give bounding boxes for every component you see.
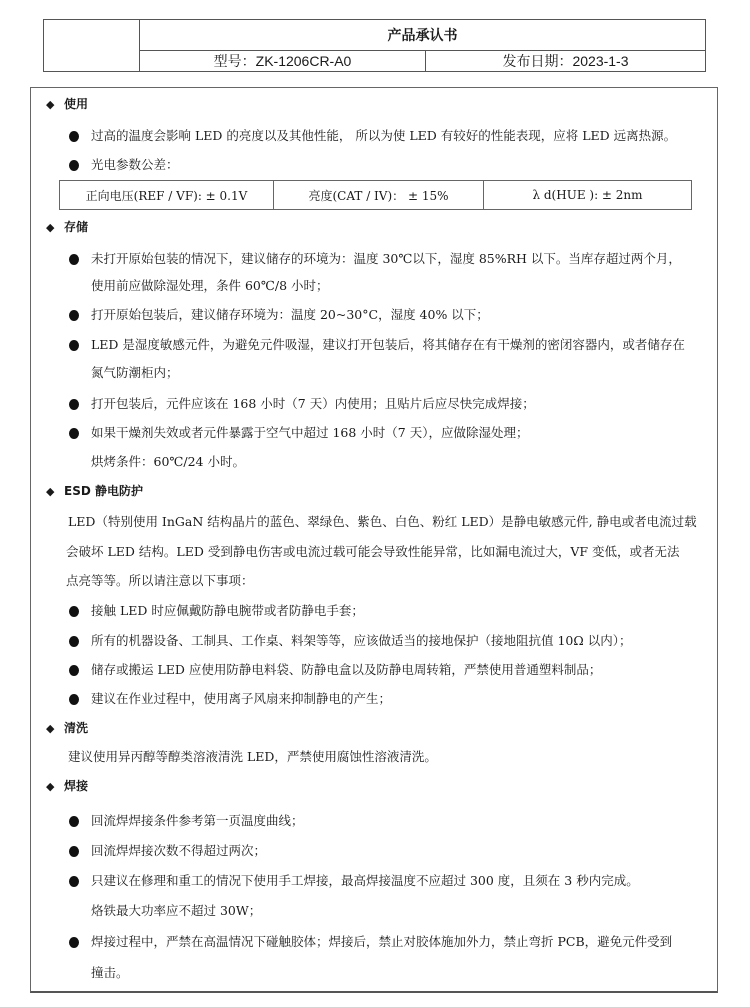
esd-item-1: 接触 LED 时应佩戴防静电腕带或者防静电手套； [91,602,364,620]
diamond-icon: ◆ [46,720,58,738]
storage-item-4: 打开包装后，元件应该在 168 小时（7 天）内使用；且贴片后应尽快完成焊接； [91,395,535,413]
bullet-icon [69,399,79,410]
tolerance-hue: λ d(HUE ): ± 2nm [484,181,691,209]
soldering-item-3-line2: 烙铁最大功率应不超过 30W； [91,902,261,920]
section-title: 使用 [64,97,88,111]
soldering-item-4-line2: 撞击。 [91,964,129,982]
header-meta-row: 型号：ZK-1206CR-A0 发布日期：2023-1-3 [140,51,705,71]
model-number: 型号：ZK-1206CR-A0 [140,51,426,71]
storage-item-3-line2: 氮气防潮柜内； [91,364,179,382]
usage-item-2: 光电参数公差： [91,156,179,174]
section-esd-heading: ◆ESD 静电防护 [46,482,143,501]
section-usage-heading: ◆使用 [46,95,88,114]
bullet-icon [69,846,79,857]
storage-item-5-line1: 如果干燥剂失效或者元件暴露于空气中超过 168 小时（7 天），应做除湿处理； [91,424,528,442]
bullet-icon [69,340,79,351]
bullet-icon [69,636,79,647]
bullet-icon [69,428,79,439]
diamond-icon: ◆ [46,219,58,237]
section-soldering-heading: ◆焊接 [46,777,88,796]
storage-item-1-line2: 使用前应做除湿处理，条件 60℃/8 小时； [91,277,329,295]
section-cleaning-heading: ◆清洗 [46,719,88,738]
tolerance-iv: 亮度(CAT / IV)： ± 15% [274,181,484,209]
section-title: 焊接 [64,779,88,793]
esd-item-4: 建议在作业过程中，使用离子风扇来抑制静电的产生； [91,690,391,708]
soldering-item-1: 回流焊焊接条件参考第一页温度曲线； [91,812,304,830]
bullet-icon [69,310,79,321]
document-body: ◆使用 过高的温度会影响 LED 的亮度以及其他性能， 所以为使 LED 有较好… [30,87,718,993]
storage-item-3-line1: LED 是湿度敏感元件，为避免元件吸湿，建议打开包装后，将其储存在有干燥剂的密闭… [91,336,685,354]
cleaning-text: 建议使用异丙醇等醇类溶液清洗 LED，严禁使用腐蚀性溶液清洗。 [68,748,437,766]
document-header: 产品承认书 型号：ZK-1206CR-A0 发布日期：2023-1-3 [43,19,706,72]
bullet-icon [69,694,79,705]
section-title: ESD 静电防护 [64,484,143,498]
logo-cell [44,20,140,71]
section-storage-heading: ◆存储 [46,218,88,237]
header-info: 产品承认书 型号：ZK-1206CR-A0 发布日期：2023-1-3 [140,20,705,71]
bullet-icon [69,160,79,171]
bullet-icon [69,876,79,887]
esd-item-2: 所有的机器设备、工制具、工作桌、料架等等，应该做适当的接地保护（接地阻抗值 10… [91,632,631,650]
storage-item-5-line2: 烘烤条件：60℃/24 小时。 [91,453,245,471]
diamond-icon: ◆ [46,96,58,114]
bullet-icon [69,816,79,827]
esd-paragraph-line2: 会破坏 LED 结构。LED 受到静电伤害或电流过载可能会导致性能异常，比如漏电… [66,543,680,561]
section-title: 存储 [64,220,88,234]
tolerance-table: 正向电压(REF / VF): ± 0.1V 亮度(CAT / IV)： ± 1… [59,180,692,210]
bullet-icon [69,131,79,142]
storage-item-1-line1: 未打开原始包装的情况下，建议储存的环境为：温度 30℃以下，湿度 85%RH 以… [91,250,681,268]
esd-item-3: 储存或搬运 LED 应使用防静电料袋、防静电盒以及防静电周转箱，严禁使用普通塑料… [91,661,601,679]
diamond-icon: ◆ [46,778,58,796]
release-date: 发布日期：2023-1-3 [426,51,705,71]
storage-item-2: 打开原始包装后，建议储存环境为：温度 20~30°C，湿度 40% 以下； [91,306,489,324]
usage-item-1: 过高的温度会影响 LED 的亮度以及其他性能， 所以为使 LED 有较好的性能表… [91,127,676,145]
bullet-icon [69,254,79,265]
bullet-icon [69,665,79,676]
esd-paragraph-line1: LED（特别使用 InGaN 结构晶片的蓝色、翠绿色、紫色、白色、粉红 LED）… [68,513,697,531]
esd-paragraph-line3: 点亮等等。所以请注意以下事项： [66,572,254,590]
bullet-icon [69,606,79,617]
soldering-item-3-line1: 只建议在修理和重工的情况下使用手工焊接，最高焊接温度不应超过 300 度，且须在… [91,872,639,890]
tolerance-vf: 正向电压(REF / VF): ± 0.1V [60,181,274,209]
bullet-icon [69,937,79,948]
soldering-item-4-line1: 焊接过程中，严禁在高温情况下碰触胶体；焊接后，禁止对胶体施加外力，禁止弯折 PC… [91,933,672,951]
soldering-item-2: 回流焊焊接次数不得超过两次； [91,842,266,860]
diamond-icon: ◆ [46,483,58,501]
document-title: 产品承认书 [140,20,705,51]
section-title: 清洗 [64,721,88,735]
